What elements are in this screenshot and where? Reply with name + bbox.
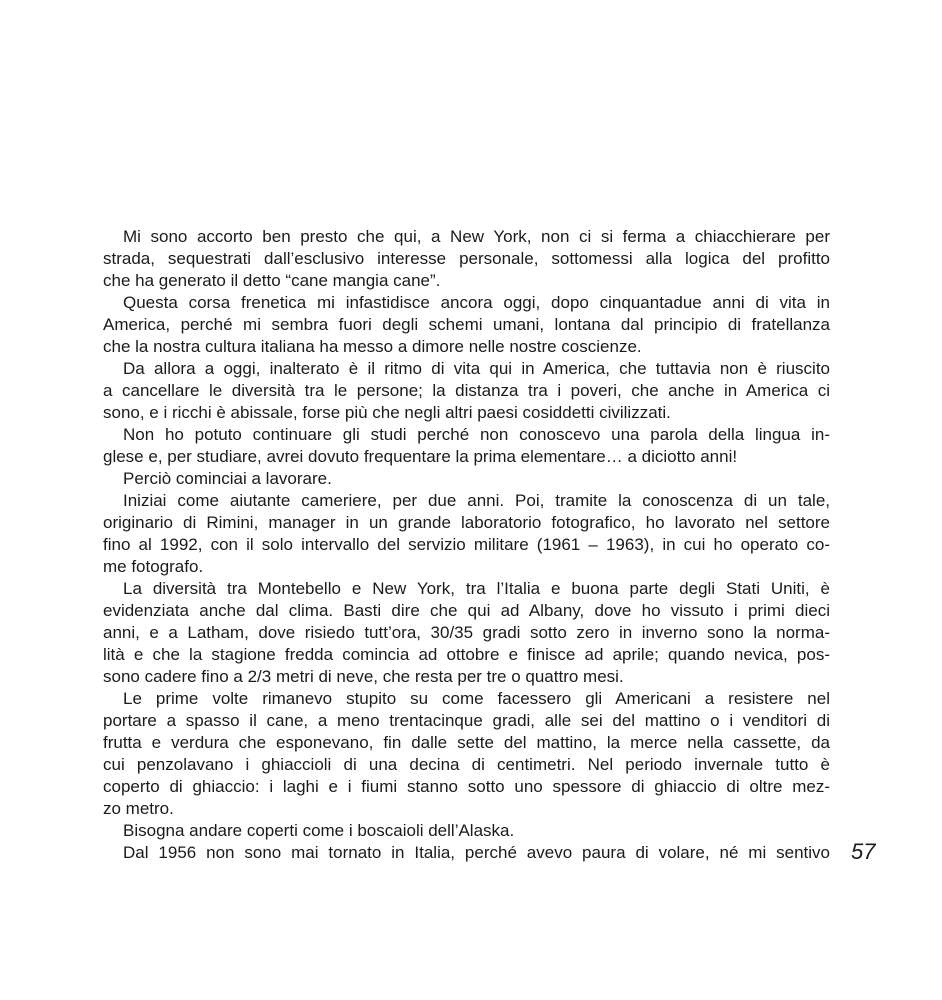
text-line: portare a spasso il cane, a meno trentac… [103,710,830,732]
paragraph: Le prime volte rimanevo stupito su come … [103,688,830,820]
text-line: originario di Rimini, manager in un gran… [103,512,830,534]
text-line: evidenziata anche dal clima. Basti dire … [103,600,830,622]
text-line: a cancellare le diversità tra le persone… [103,380,830,402]
text-line: Questa corsa frenetica mi infastidisce a… [103,292,830,314]
text-line: glese e, per studiare, avrei dovuto freq… [103,446,830,468]
paragraph: Iniziai come aiutante cameriere, per due… [103,490,830,578]
page-number: 57 [851,841,875,863]
paragraph: Dal 1956 non sono mai tornato in Italia,… [103,842,830,864]
paragraph: Non ho potuto continuare gli studi perch… [103,424,830,468]
text-line: anni, e a Latham, dove risiedo tutt’ora,… [103,622,830,644]
text-line: frutta e verdura che esponevano, fin dal… [103,732,830,754]
text-line: che la nostra cultura italiana ha messo … [103,336,830,358]
text-line: Perciò cominciai a lavorare. [103,468,830,490]
text-line: sono cadere fino a 2/3 metri di neve, ch… [103,666,830,688]
body-text: Mi sono accorto ben presto che qui, a Ne… [103,226,830,864]
text-line: che ha generato il detto “cane mangia ca… [103,270,830,292]
text-line: zo metro. [103,798,830,820]
text-line: cui penzolavano i ghiaccioli di una deci… [103,754,830,776]
text-line: Le prime volte rimanevo stupito su come … [103,688,830,710]
text-line: fino al 1992, con il solo intervallo del… [103,534,830,556]
text-line: Non ho potuto continuare gli studi perch… [103,424,830,446]
text-line: coperto di ghiaccio: i laghi e i fiumi s… [103,776,830,798]
text-line: America, perché mi sembra fuori degli sc… [103,314,830,336]
paragraph: Da allora a oggi, inalterato è il ritmo … [103,358,830,424]
text-line: Da allora a oggi, inalterato è il ritmo … [103,358,830,380]
text-line: Dal 1956 non sono mai tornato in Italia,… [103,842,830,864]
text-line: Bisogna andare coperti come i boscaioli … [103,820,830,842]
paragraph: Questa corsa frenetica mi infastidisce a… [103,292,830,358]
paragraph: Mi sono accorto ben presto che qui, a Ne… [103,226,830,292]
text-line: Iniziai come aiutante cameriere, per due… [103,490,830,512]
text-line: me fotografo. [103,556,830,578]
text-line: strada, sequestrati dall’esclusivo inter… [103,248,830,270]
paragraph: Perciò cominciai a lavorare. [103,468,830,490]
text-line: Mi sono accorto ben presto che qui, a Ne… [103,226,830,248]
paragraph: Bisogna andare coperti come i boscaioli … [103,820,830,842]
text-line: sono, e i ricchi è abissale, forse più c… [103,402,830,424]
text-line: lità e che la stagione fredda comincia a… [103,644,830,666]
scanned-book-page: Mi sono accorto ben presto che qui, a Ne… [0,0,942,1000]
paragraph: La diversità tra Montebello e New York, … [103,578,830,688]
text-line: La diversità tra Montebello e New York, … [103,578,830,600]
